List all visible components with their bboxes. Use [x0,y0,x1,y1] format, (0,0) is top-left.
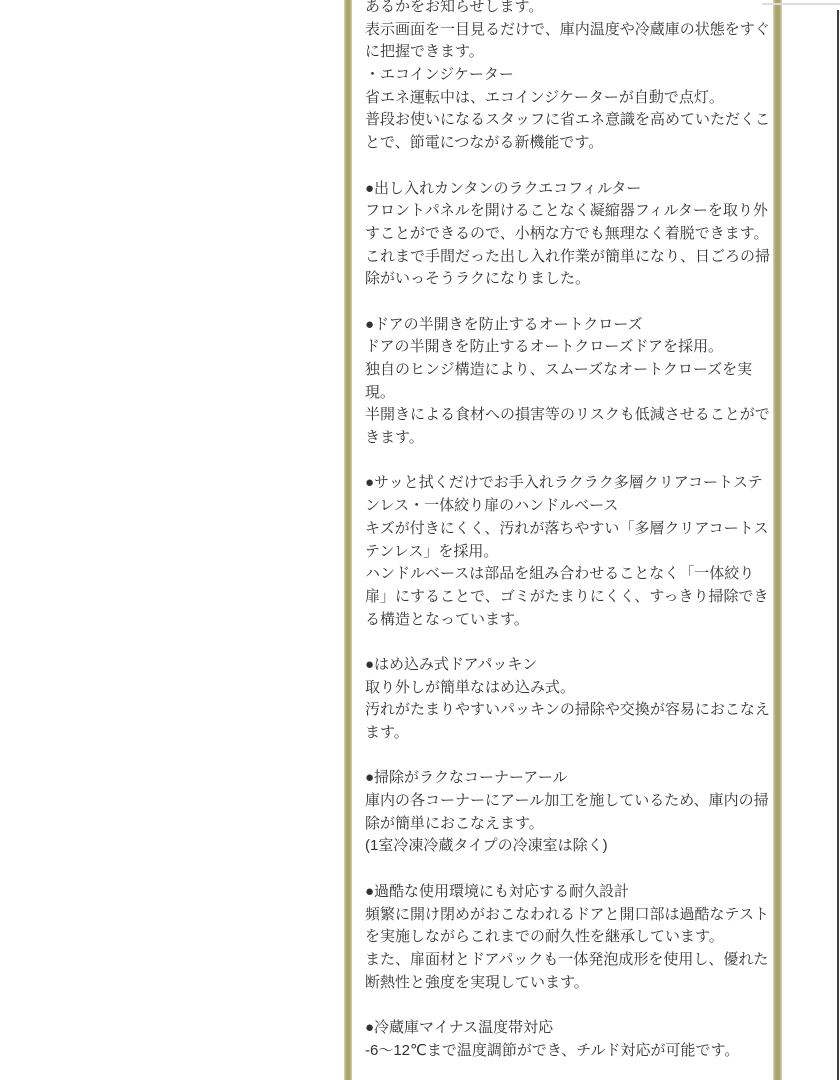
window-right-edge [837,10,839,1080]
text-line: ンレス・一体絞り扉のハンドルベース [365,495,767,518]
text-line: ●過酷な使用環境にも対応する耐久設計 [365,881,767,904]
text-line: 現。 [365,382,767,405]
text-line: ます。 [365,722,767,745]
text-line: キズが付きにくく、汚れが落ちやすい「多層クリアコートス [365,518,767,541]
text-line: 扉」にすることで、ゴミがたまりにくく、すっきり掃除でき [365,586,767,609]
text-line: 半開きによる食材への損害等のリスクも低減させることがで [365,404,767,427]
content-left-border [344,0,352,1080]
paragraph: ●出し入れカンタンのラクエコフィルターフロントパネルを開けることなく凝縮器フィル… [365,178,767,291]
text-line: フロントパネルを開けることなく凝縮器フィルターを取り外 [365,200,767,223]
paragraph: あるかをお知らせします。表示画面を一目見るだけで、庫内温度や冷蔵庫の状態をすぐに… [365,0,767,155]
text-line: ●ドアの半開きを防止するオートクローズ [365,314,767,337]
text-line: る構造となっています。 [365,609,767,632]
paragraph: ●過酷な使用環境にも対応する耐久設計頻繁に開け閉めがおこなわれるドアと開口部は過… [365,881,767,994]
text-line: ●はめ込み式ドアパッキン [365,654,767,677]
text-line: ●サッと拭くだけでお手入れラクラク多層クリアコートステ [365,472,767,495]
text-line: ●掃除がラクなコーナーアール [365,767,767,790]
text-line: 取り外しが簡単なはめ込み式。 [365,677,767,700]
text-line: 表示画面を一目見るだけで、庫内温度や冷蔵庫の状態をすぐ [365,19,767,42]
text-line: テンレス」を採用。 [365,541,767,564]
text-line: を実施しながらこれまでの耐久性を継承しています。 [365,926,767,949]
paragraph: ●サッと拭くだけでお手入れラクラク多層クリアコートステンレス・一体絞り扉のハンド… [365,472,767,631]
text-line: また、扉面材とドアパックも一体発泡成形を使用し、優れた [365,949,767,972]
text-line: きます。 [365,427,767,450]
text-line: 庫内の各コーナーにアール加工を施しているため、庫内の掃 [365,790,767,813]
text-line: あるかをお知らせします。 [365,0,767,19]
text-line: ●冷蔵庫マイナス温度帯対応 [365,1017,767,1040]
text-line: 頻繁に開け閉めがおこなわれるドアと開口部は過酷なテスト [365,904,767,927]
text-line: ●出し入れカンタンのラクエコフィルター [365,178,767,201]
text-line: 汚れがたまりやすいパッキンの掃除や交換が容易におこなえ [365,699,767,722]
product-feature-text: あるかをお知らせします。表示画面を一目見るだけで、庫内温度や冷蔵庫の状態をすぐに… [365,0,767,1062]
text-line: -6〜12℃まで温度調節ができ、チルド対応が可能です。 [365,1040,767,1063]
text-line: 独自のヒンジ構造により、スムーズなオートクローズを実 [365,359,767,382]
text-line: 断熱性と強度を実現しています。 [365,972,767,995]
text-line: 除が簡単におこなえます。 [365,813,767,836]
paragraph: ●はめ込み式ドアパッキン取り外しが簡単なはめ込み式。汚れがたまりやすいパッキンの… [365,654,767,745]
text-line: 除がいっそうラクになりました。 [365,268,767,291]
text-line: 普段お使いになるスタッフに省エネ意識を高めていただくこ [365,109,767,132]
page: あるかをお知らせします。表示画面を一目見るだけで、庫内温度や冷蔵庫の状態をすぐに… [0,0,840,1080]
content-right-border [773,0,782,1080]
text-line: とで、節電につながる新機能です。 [365,132,767,155]
text-line: ・エコインジケーター [365,64,767,87]
text-line: ハンドルベースは部品を組み合わせることなく「一体絞り [365,563,767,586]
text-line: これまで手間だった出し入れ作業が簡単になり、日ごろの掃 [365,246,767,269]
text-line: 省エネ運転中は、エコインジケーターが自動で点灯。 [365,87,767,110]
text-line: ドアの半開きを防止するオートクローズドアを採用。 [365,336,767,359]
paragraph: ●ドアの半開きを防止するオートクローズドアの半開きを防止するオートクローズドアを… [365,314,767,450]
text-line: すことができるので、小柄な方でも無理なく着脱できます。 [365,223,767,246]
text-line: (1室冷凍冷蔵タイプの冷凍室は除く) [365,835,767,858]
text-line: に把握できます。 [365,41,767,64]
top-divider-line [762,3,840,5]
paragraph: ●掃除がラクなコーナーアール庫内の各コーナーにアール加工を施しているため、庫内の… [365,767,767,858]
paragraph: ●冷蔵庫マイナス温度帯対応-6〜12℃まで温度調節ができ、チルド対応が可能です。 [365,1017,767,1062]
